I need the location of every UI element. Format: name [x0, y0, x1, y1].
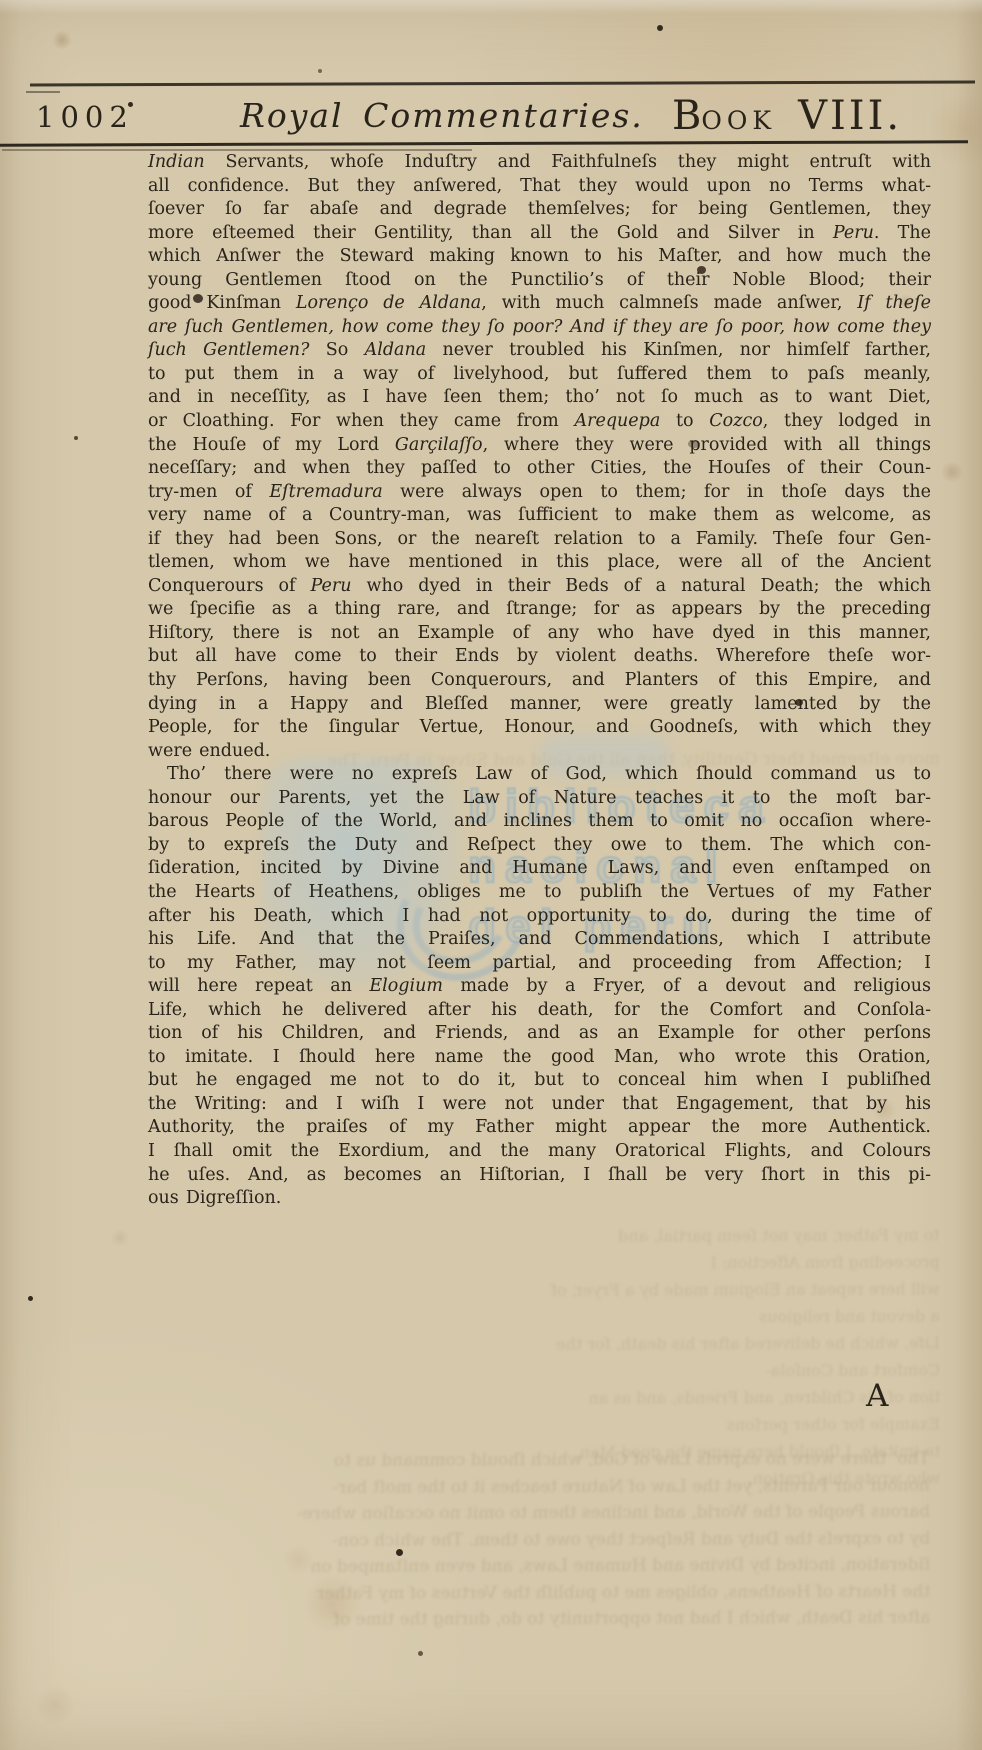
text-segment: barous People of the World, and inclines… [148, 811, 931, 831]
ink-blot [193, 294, 203, 303]
text-segment: Conquerours of [148, 576, 311, 596]
text-segment: thy Perſons, having been Conquerours, an… [148, 670, 931, 690]
text-segment: were endued. [148, 741, 270, 761]
text-segment: , where they were provided with all thin… [483, 435, 931, 455]
text-segment: his Life. And that the Praiſes, and Comm… [148, 929, 931, 949]
ink-speck [657, 25, 663, 31]
ink-blot [795, 699, 803, 706]
text-segment: made by a Fryer, of a devout and religio… [443, 976, 931, 996]
text-line: Hiſtory, there is not an Example of any … [148, 622, 931, 646]
text-line: Indian Servants, whoſe Induſtry and Fait… [148, 151, 931, 175]
text-segment: ous Digreſſion. [148, 1188, 281, 1208]
text-line: are ſuch Gentlemen, how come they ſo poo… [148, 316, 931, 340]
book-initial: B [672, 93, 701, 139]
italic-text-segment: Garçilaſſo [395, 435, 483, 455]
text-segment: People, for the ſingular Vertue, Honour,… [148, 717, 931, 737]
text-line: were endued. [148, 740, 931, 764]
header-rule-bottom [0, 140, 968, 146]
text-line: to put them in a way of livelyhood, but … [148, 363, 931, 387]
ink-speck [128, 102, 133, 107]
text-segment: all confidence. But they anſwered, That … [148, 176, 931, 196]
text-segment: and in neceſſity, as I have ſeen them; t… [148, 387, 931, 407]
text-segment: never troubled his Kinſmen, nor himſelf … [426, 340, 931, 360]
text-segment: good Kinſman [148, 293, 296, 313]
text-segment: will here repeat an [148, 976, 369, 996]
text-line: ſideration, incited by Divine and Humane… [148, 857, 931, 881]
text-line: I ſhall omit the Exordium, and the many … [148, 1140, 931, 1164]
italic-text-segment: ſuch Gentlemen? [148, 340, 309, 360]
text-segment: Authority, the praiſes of my Father migh… [148, 1117, 931, 1137]
text-segment: Tho’ there were no expreſs Law of God, w… [167, 764, 931, 784]
ink-speck [74, 436, 78, 440]
text-line: young Gentlemen ſtood on the Punctilio’s… [148, 269, 931, 293]
text-line: honour our Parents, yet the Law of Natur… [148, 787, 931, 811]
text-line: tion of his Children, and Friends, and a… [148, 1022, 931, 1046]
text-line: try-men of Eſtremadura were always open … [148, 481, 931, 505]
italic-text-segment: Aldana [365, 340, 427, 360]
text-segment: the Writing: and I wiſh I were not under… [148, 1094, 931, 1114]
text-line: all confidence. But they anſwered, That … [148, 175, 931, 199]
page-number: 1002 [36, 100, 134, 134]
text-segment: try-men of [148, 482, 269, 502]
text-line: to imitate. I ſhould here name the good … [148, 1046, 931, 1070]
text-segment: we ſpecifie as a thing rare, and ſtrange… [148, 599, 931, 619]
text-line: we ſpecifie as a thing rare, and ſtrange… [148, 598, 931, 622]
text-line: he uſes. And, as becomes an Hiſtorian, I… [148, 1164, 931, 1188]
signature-mark: A [866, 1378, 888, 1414]
text-line: good Kinſman Lorenço de Aldana, with muc… [148, 292, 931, 316]
ink-speck [318, 69, 322, 73]
text-segment: neceſſary; and when they paſſed to other… [148, 458, 931, 478]
text-line: tlemen, whom we have mentioned in this p… [148, 551, 931, 575]
text-segment: to put them in a way of livelyhood, but … [148, 364, 931, 384]
text-line: the Hearts of Heathens, obliges me to pu… [148, 881, 931, 905]
text-segment: to [660, 411, 709, 431]
text-line: dying in a Happy and Bleſſed manner, wer… [148, 693, 931, 717]
header-rule-top [30, 81, 975, 87]
text-segment: to my Father, may not ſeem partial, and … [148, 953, 931, 973]
ink-speck [418, 1651, 423, 1656]
text-segment: he uſes. And, as becomes an Hiſtorian, I… [148, 1165, 931, 1185]
text-line: Life, which he delivered after his death… [148, 999, 931, 1023]
italic-text-segment: Arequepa [574, 411, 660, 431]
text-line: ſoever ſo far abaſe and degrade themſelv… [148, 198, 931, 222]
text-line: the Houſe of my Lord Garçilaſſo, where t… [148, 434, 931, 458]
italic-text-segment: If theſe [857, 293, 931, 313]
header-rule-top-stub [26, 91, 60, 93]
text-line: People, for the ſingular Vertue, Honour,… [148, 716, 931, 740]
text-segment: So [309, 340, 364, 360]
text-segment: I ſhall omit the Exordium, and the many … [148, 1141, 931, 1161]
text-line: but all have come to their Ends by viole… [148, 645, 931, 669]
text-segment: the Houſe of my Lord [148, 435, 395, 455]
text-segment: Servants, whoſe Induſtry and Faithfulneſ… [205, 152, 931, 172]
text-line: his Life. And that the Praiſes, and Comm… [148, 928, 931, 952]
book-page: more eſteemed their Gentility, than all … [0, 0, 982, 1750]
text-segment: . The [874, 223, 931, 243]
text-segment: ſoever ſo far abaſe and degrade themſelv… [148, 199, 931, 219]
book-numeral: VIII. [798, 93, 902, 139]
text-line: which Anſwer the Steward making known to… [148, 245, 931, 269]
text-segment: Life, which he delivered after his death… [148, 1000, 931, 1020]
text-segment: by to expreſs the Duty and Reſpect they … [148, 835, 931, 855]
text-line: will here repeat an Elogium made by a Fr… [148, 975, 931, 999]
ink-blot [697, 266, 706, 274]
ink-speck [396, 1549, 403, 1556]
italic-text-segment: Peru [311, 576, 352, 596]
italic-text-segment: Eſtremadura [269, 482, 382, 502]
text-line: ous Digreſſion. [148, 1187, 931, 1211]
text-line: and in neceſſity, as I have ſeen them; t… [148, 386, 931, 410]
text-line: barous People of the World, and inclines… [148, 810, 931, 834]
text-segment: tlemen, whom we have mentioned in this p… [148, 552, 931, 572]
book-label: BookVIII. [672, 93, 902, 139]
text-segment: more eſteemed their Gentility, than all … [148, 223, 833, 243]
text-line: neceſſary; and when they paſſed to other… [148, 457, 931, 481]
ink-speck [28, 1296, 33, 1301]
text-segment: who dyed in their Beds of a natural Deat… [352, 576, 932, 596]
text-line: to my Father, may not ſeem partial, and … [148, 952, 931, 976]
ink-blot [688, 440, 700, 448]
text-segment: ſideration, incited by Divine and Humane… [148, 858, 931, 878]
italic-text-segment: Indian [148, 152, 205, 172]
bleed-through-bottom: Tho’ there were no expreſs Law of God, w… [150, 1446, 931, 1634]
text-line: after his Death, which I had not opportu… [148, 905, 931, 929]
text-line: or Cloathing. For when they came from Ar… [148, 410, 931, 434]
text-segment: but all have come to their Ends by viole… [148, 646, 931, 666]
body-text: Indian Servants, whoſe Induſtry and Fait… [148, 151, 931, 1211]
text-line: by to expreſs the Duty and Reſpect they … [148, 834, 931, 858]
text-segment: very name of a Country-man, was ſufficie… [148, 505, 931, 525]
text-line: but he engaged me not to do it, but to c… [148, 1069, 931, 1093]
text-line: if they had been Sons, or the neareſt re… [148, 528, 931, 552]
text-segment: tion of his Children, and Friends, and a… [148, 1023, 931, 1043]
running-title: Royal Commentaries. [240, 96, 644, 135]
text-segment: , they lodged in [763, 411, 931, 431]
text-line: the Writing: and I wiſh I were not under… [148, 1093, 931, 1117]
italic-text-segment: Elogium [369, 976, 443, 996]
text-segment: Hiſtory, there is not an Example of any … [148, 623, 931, 643]
text-line: thy Perſons, having been Conquerours, an… [148, 669, 931, 693]
text-segment: if they had been Sons, or the neareſt re… [148, 529, 931, 549]
text-line: very name of a Country-man, was ſufficie… [148, 504, 931, 528]
text-segment: were always open to them; for in thoſe d… [383, 482, 931, 502]
text-segment: which Anſwer the Steward making known to… [148, 246, 931, 266]
book-smallcaps: ook [701, 106, 776, 135]
text-segment: or Cloathing. For when they came from [148, 411, 574, 431]
text-segment: young Gentlemen ſtood on the Punctilio’s… [148, 270, 931, 290]
text-line: Authority, the praiſes of my Father migh… [148, 1116, 931, 1140]
text-segment: the Hearts of Heathens, obliges me to pu… [148, 882, 931, 902]
italic-text-segment: Peru [833, 223, 874, 243]
italic-text-segment: Cozco [709, 411, 762, 431]
text-line: more eſteemed their Gentility, than all … [148, 222, 931, 246]
text-segment: , with much calmneſs made anſwer, [481, 293, 857, 313]
italic-text-segment: are ſuch Gentlemen, how come they ſo poo… [148, 317, 931, 337]
text-line: Tho’ there were no expreſs Law of God, w… [148, 763, 931, 787]
text-segment: but he engaged me not to do it, but to c… [148, 1070, 931, 1090]
text-line: ſuch Gentlemen? So Aldana never troubled… [148, 339, 931, 363]
italic-text-segment: Lorenço de Aldana [296, 293, 481, 313]
text-segment: dying in a Happy and Bleſſed manner, wer… [148, 694, 931, 714]
text-segment: to imitate. I ſhould here name the good … [148, 1047, 931, 1067]
text-line: Conquerours of Peru who dyed in their Be… [148, 575, 931, 599]
text-segment: honour our Parents, yet the Law of Natur… [148, 788, 931, 808]
text-segment: after his Death, which I had not opportu… [148, 906, 931, 926]
